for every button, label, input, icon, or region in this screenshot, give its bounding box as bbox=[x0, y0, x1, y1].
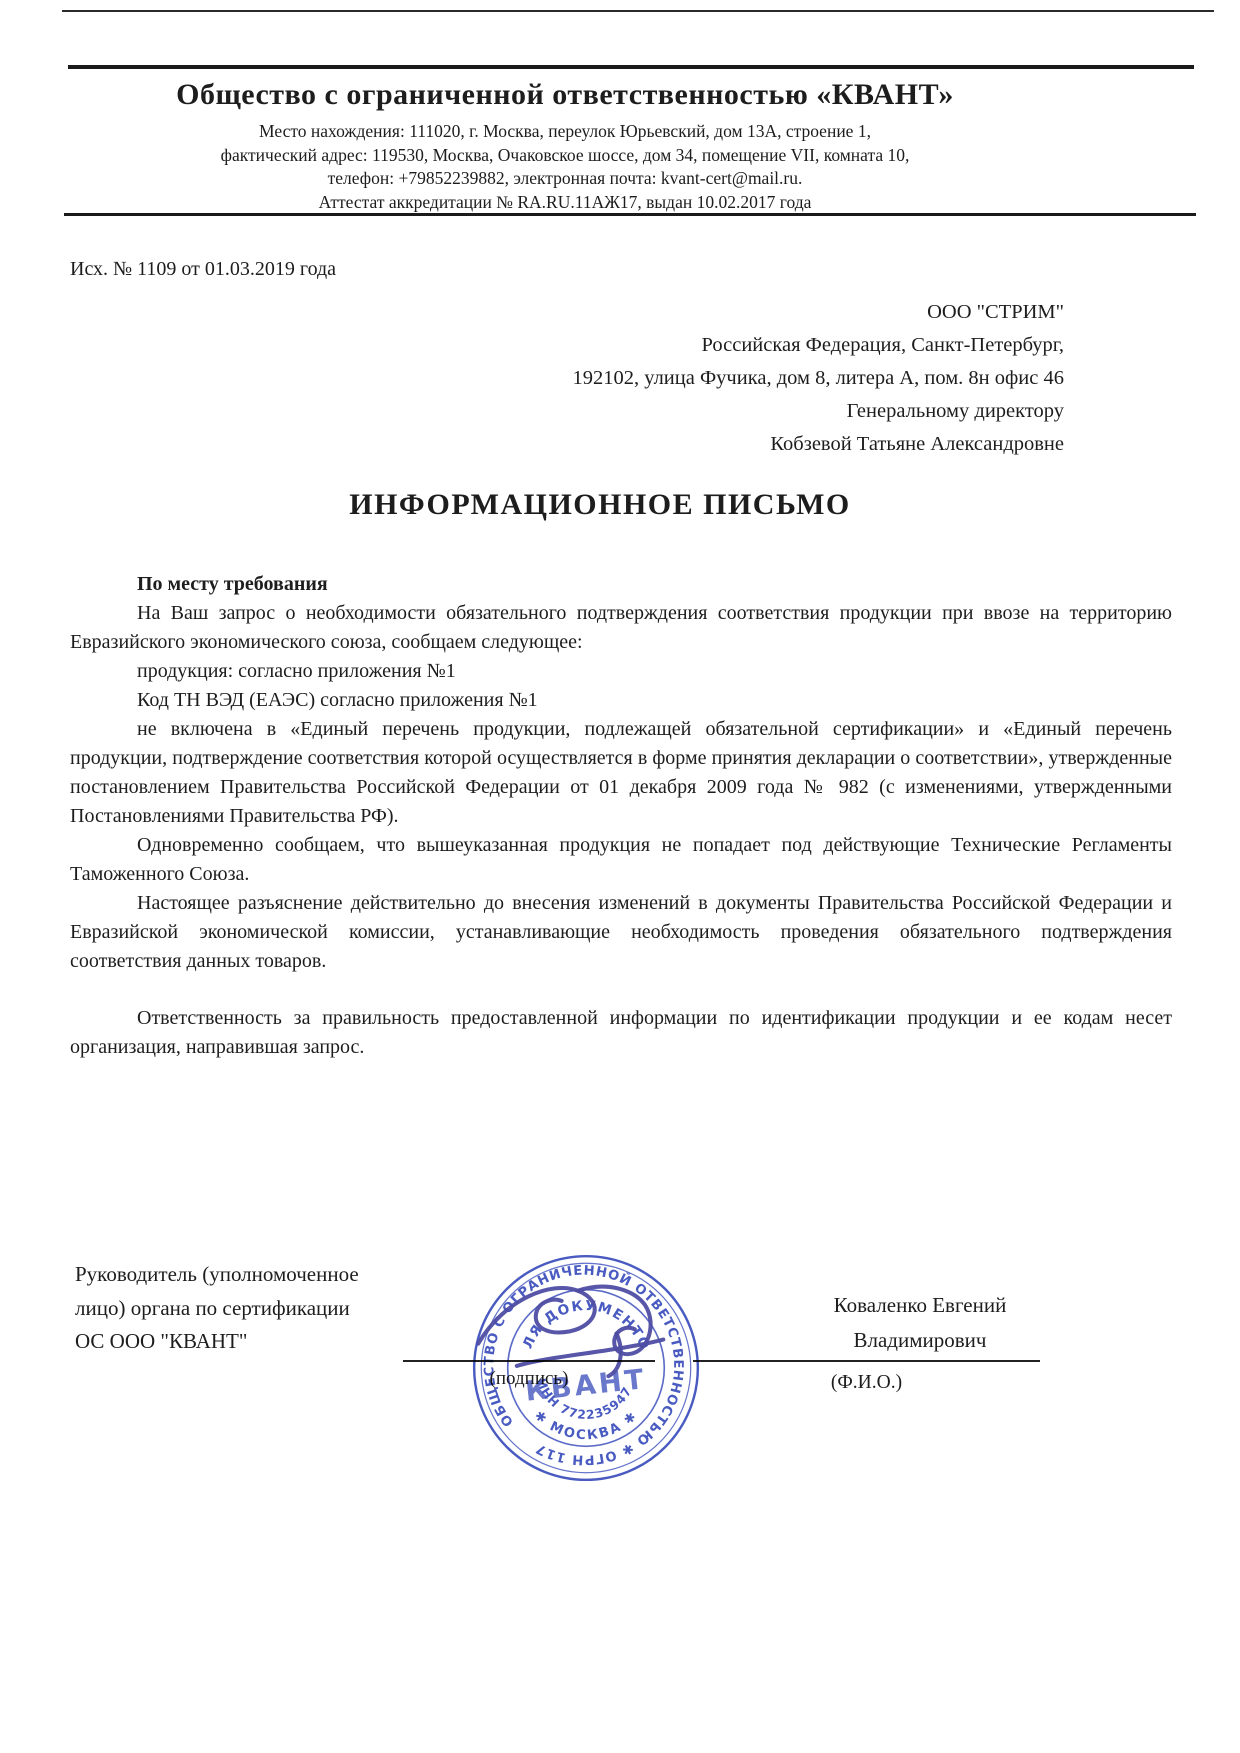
recipient-line: Кобзевой Татьяне Александровне bbox=[364, 428, 1064, 461]
body-paragraph: продукция: согласно приложения №1 bbox=[70, 657, 1172, 686]
address-line: фактический адрес: 119530, Москва, Очако… bbox=[0, 144, 1130, 168]
company-name: Общество с ограниченной ответственностью… bbox=[0, 78, 1130, 112]
letterhead: Общество с ограниченной ответственностью… bbox=[0, 78, 1130, 214]
signer-role-block: Руководитель (уполномоченное лицо) орган… bbox=[75, 1258, 435, 1359]
body-paragraph: Ответственность за правильность предоста… bbox=[70, 1004, 1172, 1062]
document-page: { "colors": { "ink": "#1d1d1d", "stamp_b… bbox=[0, 0, 1240, 1753]
signer-role-line: лицо) органа по сертификации bbox=[75, 1292, 435, 1326]
top-thin-rule bbox=[62, 10, 1214, 12]
fio-line bbox=[693, 1360, 1040, 1362]
signer-name-line: Владимирович bbox=[730, 1323, 1110, 1358]
stamp-center-text: КВАНТ bbox=[524, 1364, 648, 1408]
header-top-rule bbox=[68, 65, 1194, 69]
recipient-line: 192102, улица Фучика, дом 8, литера А, п… bbox=[364, 362, 1064, 395]
recipient-line: ООО "СТРИМ" bbox=[364, 296, 1064, 329]
address-line: Место нахождения: 111020, г. Москва, пер… bbox=[0, 120, 1130, 144]
letter-title: ИНФОРМАЦИОННОЕ ПИСЬМО bbox=[0, 488, 1200, 522]
signer-role-line: ОС ООО "КВАНТ" bbox=[75, 1325, 435, 1359]
recipient-line: Российская Федерация, Санкт-Петербург, bbox=[364, 329, 1064, 362]
letter-body: По месту требования На Ваш запрос о необ… bbox=[70, 570, 1172, 1062]
body-paragraph: Код ТН ВЭД (ЕАЭС) согласно приложения №1 bbox=[70, 686, 1172, 715]
body-paragraph: Одновременно сообщаем, что вышеуказанная… bbox=[70, 831, 1172, 889]
outgoing-number: Исх. № 1109 от 01.03.2019 года bbox=[70, 258, 336, 281]
company-stamp: ОБЩЕСТВО С ОГРАНИЧЕННОЙ ОТВЕТСТВЕННОСТЬЮ… bbox=[464, 1246, 708, 1490]
body-paragraph: не включена в «Единый перечень продукции… bbox=[70, 715, 1172, 831]
body-paragraph: На Ваш запрос о необходимости обязательн… bbox=[70, 599, 1172, 657]
signer-name-line: Коваленко Евгений bbox=[730, 1288, 1110, 1323]
address-line: телефон: +79852239882, электронная почта… bbox=[0, 167, 1130, 191]
signer-name-block: Коваленко Евгений Владимирович bbox=[730, 1288, 1110, 1358]
recipient-block: ООО "СТРИМ" Российская Федерация, Санкт-… bbox=[364, 296, 1064, 461]
signer-role-line: Руководитель (уполномоченное bbox=[75, 1258, 435, 1292]
body-paragraph: Настоящее разъяснение действительно до в… bbox=[70, 889, 1172, 976]
body-paragraph: По месту требования bbox=[70, 570, 1172, 599]
fio-caption: (Ф.И.О.) bbox=[693, 1372, 1040, 1394]
address-line: Аттестат аккредитации № RA.RU.11АЖ17, вы… bbox=[0, 191, 1130, 215]
recipient-line: Генеральному директору bbox=[364, 395, 1064, 428]
